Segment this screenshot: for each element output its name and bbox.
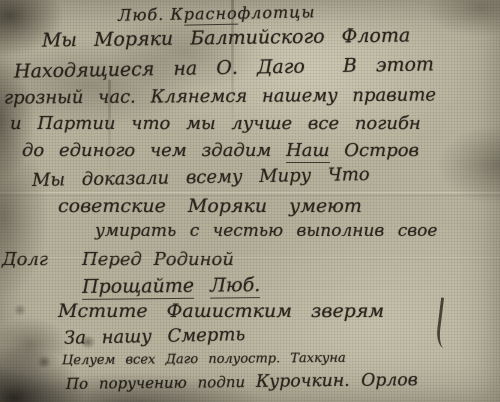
text-run: Мы Моряки Балтийского Флота <box>42 24 411 51</box>
text-run: расно <box>184 4 238 26</box>
handwritten-line: до единого чем здадим Наш Остров <box>22 140 419 161</box>
handwritten-line: Мы Моряки Балтийского Флота <box>42 24 411 51</box>
handwritten-letter-photo: Люб. КраснофлотцыМы Моряки Балтийского Ф… <box>0 0 500 402</box>
text-run: Прощайте <box>82 275 194 300</box>
handwritten-line: Целуем всех Даго полуостр. Тахкуна <box>62 351 346 368</box>
handwritten-line: За нашу Смерть <box>64 324 246 349</box>
text-run <box>194 275 210 297</box>
text-run: умирать с честью выполнив свое <box>95 221 437 241</box>
text-run: флотцы <box>238 2 316 22</box>
handwritten-line: и Партии что мы лучше все погибн <box>10 113 421 134</box>
text-run: до единого чем здадим <box>22 140 286 161</box>
text-run: грозный час. Клянемся нашему правите <box>4 84 436 108</box>
text-run: Остров <box>330 140 419 161</box>
text-run: За нашу Смерть <box>64 324 246 349</box>
handwritten-line: Мы доказали всему Миру Что <box>32 164 370 191</box>
text-run: Целуем всех Даго полуостр. Тахкуна <box>62 351 346 368</box>
text-run: Перед Родиной <box>82 249 234 270</box>
handwritten-line: Прощайте Люб. <box>82 274 261 298</box>
text-run: По поручению подпи <box>66 373 256 393</box>
text-run: Люб. <box>210 274 260 299</box>
text-run: Мы доказали всему Миру Что <box>32 164 370 191</box>
text-run: Люб. К <box>118 5 184 25</box>
text-run: Долг <box>2 249 48 270</box>
text-run: Мстите Фашистким зверям <box>58 300 384 322</box>
signature-line: По поручению подпи Курочкин. Орлов <box>66 370 418 394</box>
salutation-line: Люб. Краснофлотцы <box>118 2 316 24</box>
handwritten-line: грозный час. Клянемся нашему правите <box>4 84 436 108</box>
text-run: и Партии что мы лучше все погибн <box>10 113 421 134</box>
handwritten-line: Мстите Фашистким зверям <box>58 300 384 322</box>
handwritten-line: советские Моряки умеют <box>58 195 362 217</box>
handwritten-line: умирать с честью выполнив свое <box>95 221 437 241</box>
signature: Курочкин. Орлов <box>256 370 418 392</box>
handwritten-line: ДолгПеред Родиной <box>2 249 234 270</box>
text-run: Находящиеся на О. Даго В этот <box>14 53 434 82</box>
handwritten-line: Находящиеся на О. Даго В этот <box>14 53 434 82</box>
text-run: советские Моряки умеют <box>58 195 362 217</box>
letter-text: Люб. КраснофлотцыМы Моряки Балтийского Ф… <box>0 0 500 402</box>
text-run: Наш <box>286 140 329 163</box>
